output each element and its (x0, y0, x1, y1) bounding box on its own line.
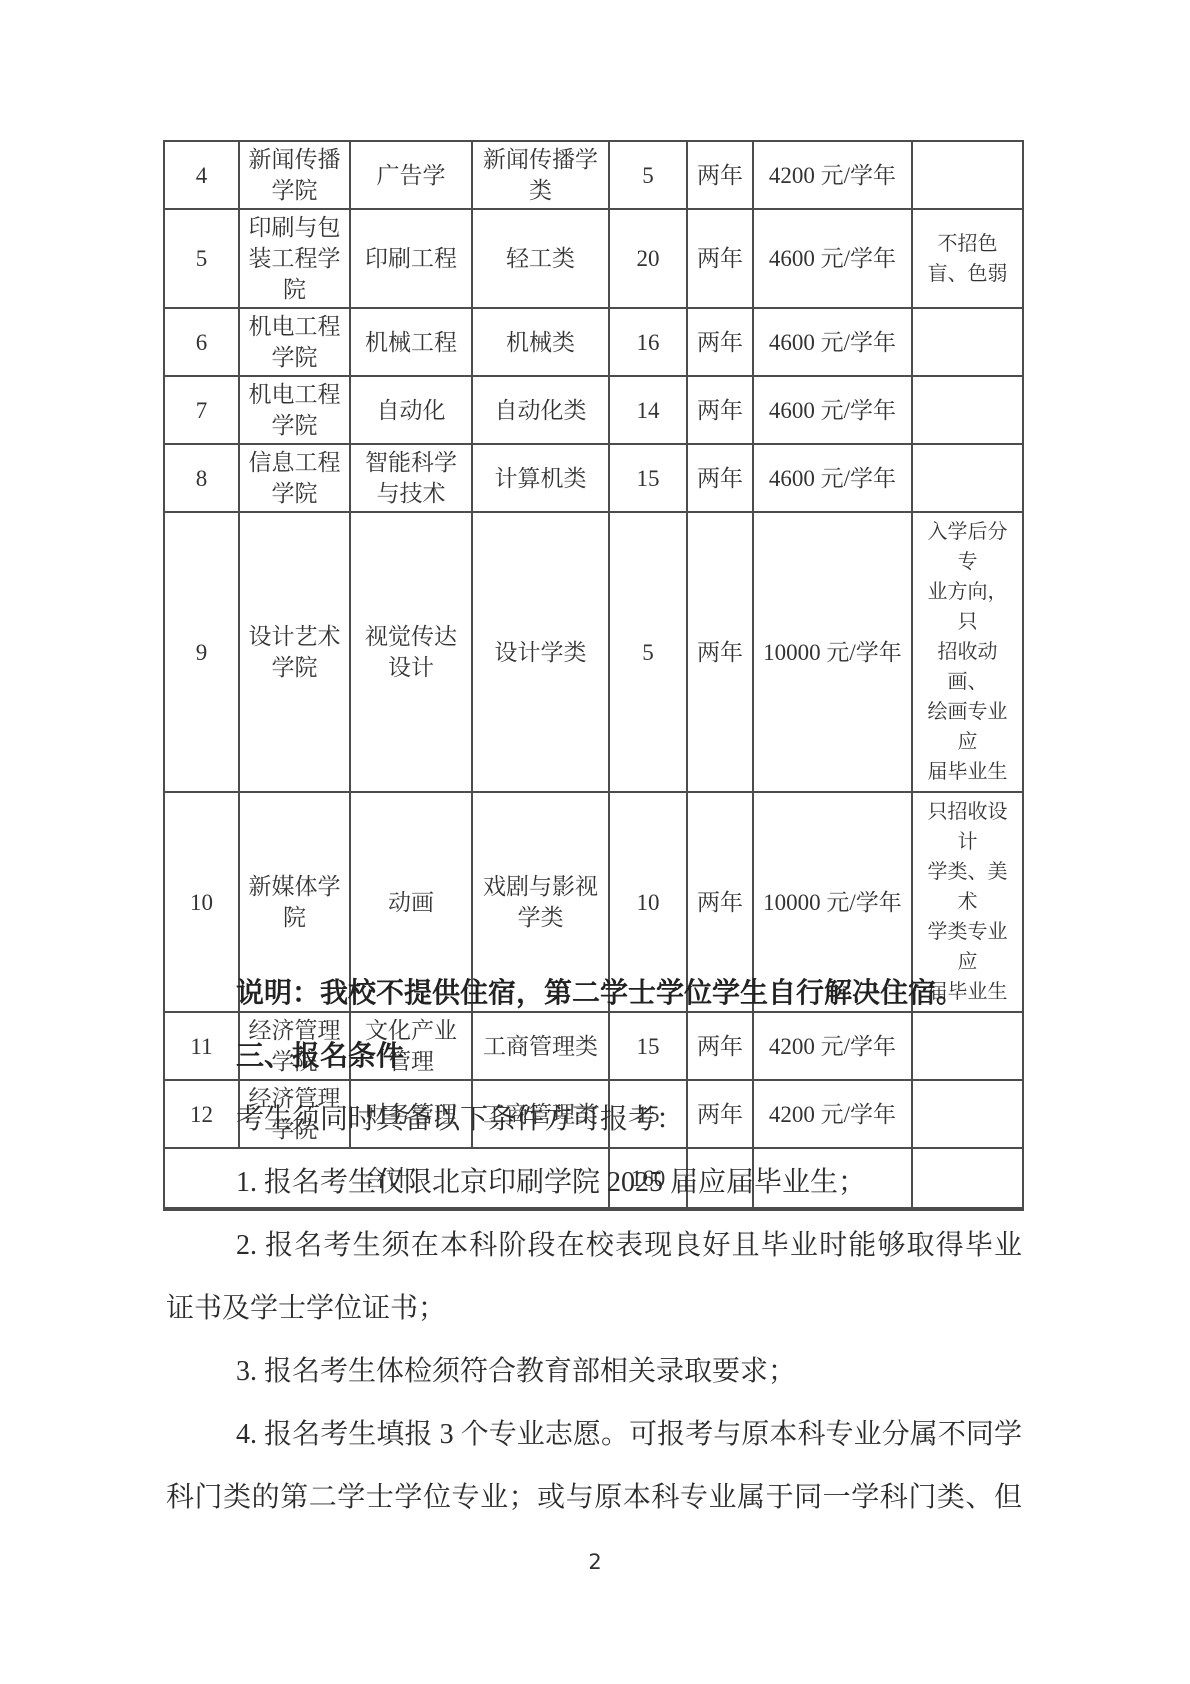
college-cell: 新闻传播 学院 (239, 141, 350, 209)
quota-cell: 5 (609, 141, 687, 209)
body-line: 考生须同时具备以下条件方可报考： (166, 1088, 1022, 1151)
document-page: 4 新闻传播 学院 广告学 新闻传播学 类 5 两年 4200 元/学年 5 印… (0, 0, 1190, 1684)
category-cell: 轻工类 (472, 209, 609, 308)
tuition-cell: 4200 元/学年 (753, 141, 912, 209)
table-row: 5 印刷与包 装工程学 院 印刷工程 轻工类 20 两年 4600 元/学年 不… (164, 209, 1023, 308)
table-row: 6 机电工程 学院 机械工程 机械类 16 两年 4600 元/学年 (164, 308, 1023, 376)
section-heading: 三、报名条件 (166, 1025, 1022, 1088)
seq-cell: 9 (164, 512, 239, 792)
tuition-cell: 4600 元/学年 (753, 376, 912, 444)
housing-note-line: 说明：我校不提供住宿，第二学士学位学生自行解决住宿。 (166, 962, 1022, 1025)
quota-cell: 15 (609, 444, 687, 512)
table-row: 7 机电工程 学院 自动化 自动化类 14 两年 4600 元/学年 (164, 376, 1023, 444)
seq-cell: 8 (164, 444, 239, 512)
page-number: 2 (0, 1550, 1190, 1574)
table-row: 9 设计艺术 学院 视觉传达 设计 设计学类 5 两年 10000 元/学年 入… (164, 512, 1023, 792)
category-cell: 计算机类 (472, 444, 609, 512)
college-cell: 印刷与包 装工程学 院 (239, 209, 350, 308)
table-row: 4 新闻传播 学院 广告学 新闻传播学 类 5 两年 4200 元/学年 (164, 141, 1023, 209)
remark-cell: 不招色 盲、色弱 (912, 209, 1023, 308)
condition-2-line-2: 证书及学士学位证书； (166, 1277, 1022, 1340)
major-cell: 广告学 (350, 141, 472, 209)
category-cell: 机械类 (472, 308, 609, 376)
table-row: 8 信息工程 学院 智能科学 与技术 计算机类 15 两年 4600 元/学年 (164, 444, 1023, 512)
college-cell: 信息工程 学院 (239, 444, 350, 512)
condition-4-line-1: 4. 报名考生填报 3 个专业志愿。可报考与原本科专业分属不同学 (166, 1403, 1022, 1466)
tuition-cell: 10000 元/学年 (753, 512, 912, 792)
condition-3-line: 3. 报名考生体检须符合教育部相关录取要求； (166, 1340, 1022, 1403)
major-cell: 自动化 (350, 376, 472, 444)
duration-cell: 两年 (687, 444, 753, 512)
duration-cell: 两年 (687, 209, 753, 308)
condition-1-line: 1. 报名考生仅限北京印刷学院 2025 届应届毕业生； (166, 1151, 1022, 1214)
seq-cell: 4 (164, 141, 239, 209)
category-cell: 自动化类 (472, 376, 609, 444)
condition-4-line-2: 科门类的第二学士学位专业；或与原本科专业属于同一学科门类、但 (166, 1466, 1022, 1529)
major-cell: 印刷工程 (350, 209, 472, 308)
tuition-cell: 4600 元/学年 (753, 209, 912, 308)
college-cell: 机电工程 学院 (239, 308, 350, 376)
duration-cell: 两年 (687, 308, 753, 376)
remark-cell (912, 141, 1023, 209)
college-cell: 设计艺术 学院 (239, 512, 350, 792)
seq-cell: 5 (164, 209, 239, 308)
remark-cell: 入学后分专 业方向，只 招收动画、 绘画专业应 届毕业生 (912, 512, 1023, 792)
major-cell: 视觉传达 设计 (350, 512, 472, 792)
remark-cell (912, 376, 1023, 444)
duration-cell: 两年 (687, 512, 753, 792)
quota-cell: 16 (609, 308, 687, 376)
category-cell: 新闻传播学 类 (472, 141, 609, 209)
category-cell: 设计学类 (472, 512, 609, 792)
quota-cell: 14 (609, 376, 687, 444)
remark-cell (912, 444, 1023, 512)
body-text: 说明：我校不提供住宿，第二学士学位学生自行解决住宿。 三、报名条件 考生须同时具… (166, 962, 1022, 1529)
seq-cell: 6 (164, 308, 239, 376)
college-cell: 机电工程 学院 (239, 376, 350, 444)
quota-cell: 20 (609, 209, 687, 308)
seq-cell: 7 (164, 376, 239, 444)
duration-cell: 两年 (687, 141, 753, 209)
major-cell: 智能科学 与技术 (350, 444, 472, 512)
condition-2-line-1: 2. 报名考生须在本科阶段在校表现良好且毕业时能够取得毕业 (166, 1214, 1022, 1277)
major-cell: 机械工程 (350, 308, 472, 376)
quota-cell: 5 (609, 512, 687, 792)
remark-cell (912, 308, 1023, 376)
duration-cell: 两年 (687, 376, 753, 444)
tuition-cell: 4600 元/学年 (753, 308, 912, 376)
tuition-cell: 4600 元/学年 (753, 444, 912, 512)
